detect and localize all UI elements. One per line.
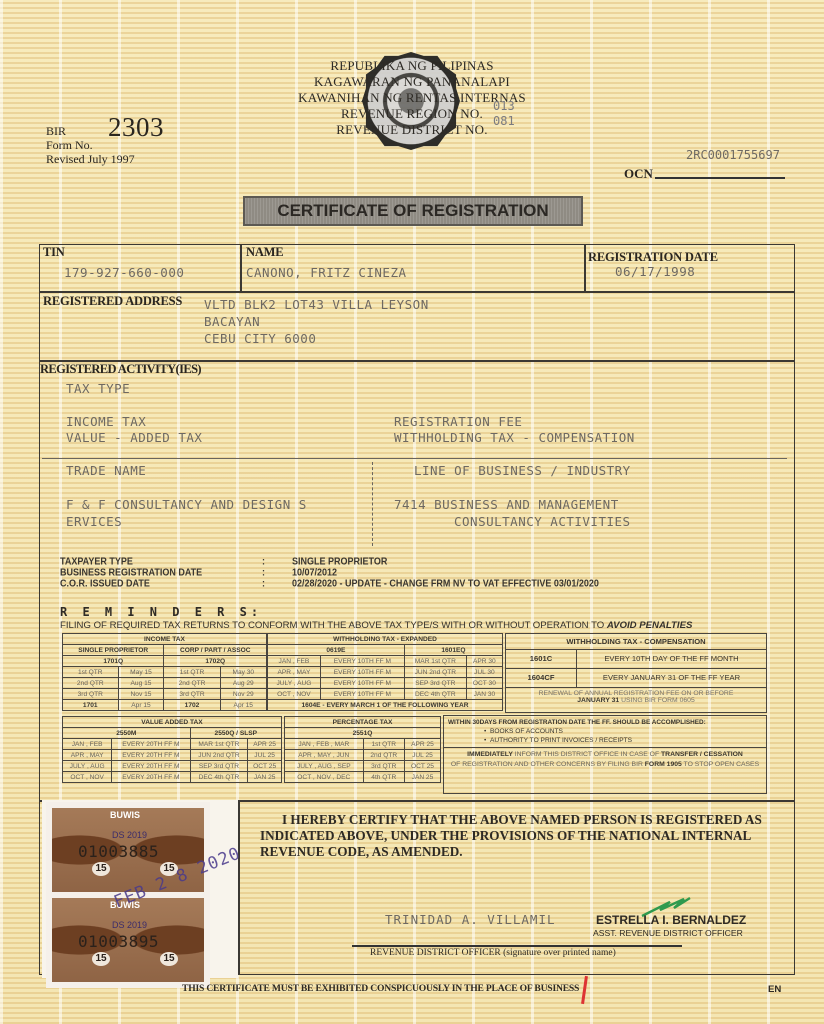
- tin-label: TIN: [43, 245, 65, 260]
- reminders-heading: R E M I N D E R S:: [60, 605, 262, 619]
- registration-date-label: REGISTRATION DATE: [588, 250, 718, 265]
- stamp-number: 01003885: [78, 842, 159, 861]
- divider: [238, 800, 240, 975]
- renewal-text: RENEWAL OF ANNUAL REGISTRATION FEE ON OR…: [506, 690, 766, 697]
- due-date: EVERY 10TH DAY OF THE FF MONTH: [577, 650, 766, 668]
- income-tax-table: INCOME TAX SINGLE PROPRIETORCORP / PART …: [62, 633, 267, 711]
- table-title: INCOME TAX: [63, 634, 267, 645]
- cor-issued-date-value: 02/28/2020 - UPDATE - CHANGE FRM NV TO V…: [292, 578, 599, 589]
- table-row: OCT , NOV , DEC4th QTRJAN 25: [285, 772, 441, 783]
- stamp-series: DS 2019: [112, 920, 147, 930]
- address-line: BACAYAN: [204, 314, 260, 329]
- activities-label: REGISTERED ACTIVITY(IES): [40, 362, 201, 377]
- line-of-business-line: 7414 BUSINESS AND MANAGEMENT: [394, 497, 619, 512]
- stamp-denomination: 15: [92, 952, 110, 966]
- withholding-expanded-table: WITHHOLDING TAX - EXPANDED 0619E1601EQ J…: [267, 633, 503, 711]
- stamp-label: BUWIS: [110, 810, 140, 820]
- renewal-deadline: JANUARY 31 USING BIR FORM 0605: [506, 697, 766, 704]
- vat-table: VALUE ADDED TAX 2550M2550Q / SLSP JAN , …: [62, 716, 282, 783]
- stamp-denomination: 15: [160, 952, 178, 966]
- table-group: SINGLE PROPRIETOR: [63, 645, 164, 656]
- form-code: 0619E: [268, 645, 405, 656]
- footer-notice: THIS CERTIFICATE MUST BE EXHIBITED CONSP…: [182, 983, 579, 994]
- note-bullet: • AUTHORITY TO PRINT INVOICES / RECEIPTS: [444, 737, 766, 744]
- table-footer: 1604E - EVERY MARCH 1 OF THE FOLLOWING Y…: [268, 700, 503, 711]
- ink-mark: [581, 976, 588, 1004]
- table-row: APR , MAYEVERY 20TH FF MJUN 2nd QTRJUL 2…: [63, 750, 282, 761]
- cor-issued-date-label: C.O.R. ISSUED DATE: [60, 578, 150, 589]
- table-row: 1701Apr 151702Apr 15: [63, 700, 267, 711]
- business-registration-date-label: BUSINESS REGISTRATION DATE: [60, 567, 202, 578]
- table-row: 3rd QTRNov 153rd QTRNov 29: [63, 689, 267, 700]
- line-of-business-label: LINE OF BUSINESS / INDUSTRY: [414, 463, 631, 478]
- name-label: NAME: [246, 245, 283, 260]
- region-number: 013: [493, 99, 515, 113]
- within-30-days-note: WITHIN 30DAYS FROM REGISTRATION DATE THE…: [444, 716, 766, 726]
- address-line: CEBU CITY 6000: [204, 331, 316, 346]
- footer-code: EN: [768, 984, 781, 995]
- form-code: 1601C: [506, 650, 577, 668]
- rdo-name: TRINIDAD A. VILLAMIL: [385, 912, 556, 927]
- certification-text: I HEREBY CERTIFY THAT THE ABOVE NAMED PE…: [260, 812, 780, 860]
- trade-name-line: F & F CONSULTANCY AND DESIGN S: [66, 497, 307, 512]
- due-date: EVERY JANUARY 31 OF THE FF YEAR: [577, 669, 766, 687]
- ocn-label: OCN: [624, 166, 653, 182]
- table-title: PERCENTAGE TAX: [285, 717, 441, 728]
- separator: :: [262, 578, 265, 589]
- signatory-name: ESTRELLA I. BERNALDEZ: [596, 913, 746, 927]
- avoid-penalties-text: AVOID PENALTIES: [607, 620, 692, 631]
- trade-name-line: ERVICES: [66, 514, 122, 529]
- tax-type-item: WITHHOLDING TAX - COMPENSATION: [394, 430, 635, 445]
- business-registration-date-value: 10/07/2012: [292, 567, 337, 578]
- stamp-number: 01003895: [78, 932, 159, 951]
- table-row: JAN , FEB , MAR1st QTRAPR 25: [285, 739, 441, 750]
- table-row: OCT , NOVEVERY 20TH FF MDEC 4th QTRJAN 2…: [63, 772, 282, 783]
- divider: [584, 244, 586, 292]
- tax-type-label: TAX TYPE: [66, 381, 130, 396]
- table-group: CORP / PART / ASSOC: [164, 645, 267, 656]
- header-line: REPUBLIKA NG PILIPINAS: [0, 58, 824, 74]
- header-line: KAGAWARAN NG PANANALAPI: [0, 74, 824, 90]
- note-bullet: • BOOKS OF ACCOUNTS: [444, 728, 766, 735]
- table-row: APR , MAY , JUN2nd QTRJUL 25: [285, 750, 441, 761]
- table-row: JULY , AUGEVERY 10TH FF MSEP 3rd QTROCT …: [268, 678, 503, 689]
- notes-box: WITHIN 30DAYS FROM REGISTRATION DATE THE…: [443, 715, 767, 794]
- table-row: 1604CF EVERY JANUARY 31 OF THE FF YEAR: [506, 669, 766, 688]
- table-row: JULY , AUG , SEP3rd QTROCT 25: [285, 761, 441, 772]
- table-row: APR , MAYEVERY 10TH FF MJUN 2nd QTRJUL 3…: [268, 667, 503, 678]
- filing-text: FILING OF REQUIRED TAX RETURNS TO CONFOR…: [60, 620, 607, 631]
- table-title: WITHHOLDING TAX - EXPANDED: [268, 634, 503, 645]
- divider: [42, 458, 787, 459]
- percentage-tax-table: PERCENTAGE TAX 2551Q JAN , FEB , MAR1st …: [284, 716, 441, 783]
- table-row: 1st QTRMay 151st QTRMay 30: [63, 667, 267, 678]
- ocn-value: 2RC0001755697: [686, 148, 780, 162]
- tin-value: 179-927-660-000: [64, 265, 184, 280]
- district-number: 081: [493, 114, 515, 128]
- table-row: JAN , FEBEVERY 10TH FF MMAR 1st QTRAPR 3…: [268, 656, 503, 667]
- form-code: 1702Q: [164, 656, 267, 667]
- form-number: 2303: [108, 120, 164, 134]
- stamp-series: DS 2019: [112, 830, 147, 840]
- table-row: JULY , AUGEVERY 20TH FF MSEP 3rd QTROCT …: [63, 761, 282, 772]
- stamp-denomination: 15: [92, 862, 110, 876]
- trade-name-label: TRADE NAME: [66, 463, 146, 478]
- registration-date-value: 06/17/1998: [615, 264, 695, 279]
- signature-caption: REVENUE DISTRICT OFFICER (signature over…: [370, 948, 616, 958]
- form-code: 2550M: [63, 728, 191, 739]
- tax-type-item: REGISTRATION FEE: [394, 414, 522, 429]
- taxpayer-type-value: SINGLE PROPRIETOR: [292, 556, 387, 567]
- name-value: CANONO, FRITZ CINEZA: [246, 265, 407, 280]
- signatory-title: ASST. REVENUE DISTRICT OFFICER: [593, 928, 743, 938]
- table-row: 2nd QTRAug 152nd QTRAug 29: [63, 678, 267, 689]
- form-code: 1604CF: [506, 669, 577, 687]
- document-title: CERTIFICATE OF REGISTRATION: [243, 196, 583, 226]
- taxpayer-type-label: TAXPAYER TYPE: [60, 556, 133, 567]
- tax-type-item: INCOME TAX: [66, 414, 146, 429]
- table-title: VALUE ADDED TAX: [63, 717, 282, 728]
- table-row: JAN , FEBEVERY 20TH FF MMAR 1st QTRAPR 2…: [63, 739, 282, 750]
- separator: :: [262, 556, 265, 567]
- tax-type-item: VALUE - ADDED TAX: [66, 430, 202, 445]
- ocn-underline: [655, 177, 785, 179]
- divider: [240, 244, 242, 292]
- form-number-block: BIR Form No. Revised July 1997 2303: [46, 124, 135, 166]
- divider: [372, 462, 373, 546]
- form-code: 1701Q: [63, 656, 164, 667]
- revised-label: Revised July 1997: [46, 152, 135, 166]
- filing-reminder: FILING OF REQUIRED TAX RETURNS TO CONFOR…: [60, 620, 692, 631]
- withholding-compensation-box: WITHHOLDING TAX - COMPENSATION 1601C EVE…: [505, 633, 767, 713]
- line-of-business-line: CONSULTANCY ACTIVITIES: [454, 514, 631, 529]
- address-line: VLTD BLK2 LOT43 VILLA LEYSON: [204, 297, 429, 312]
- form-code: 2550Q / SLSP: [190, 728, 281, 739]
- table-row: 1601C EVERY 10TH DAY OF THE FF MONTH: [506, 650, 766, 669]
- divider: [39, 291, 795, 293]
- separator: :: [262, 567, 265, 578]
- form-code: 2551Q: [285, 728, 441, 739]
- table-row: OCT , NOVEVERY 10TH FF MDEC 4th QTRJAN 3…: [268, 689, 503, 700]
- header-line: KAWANIHAN NG RENTAS INTERNAS: [0, 90, 824, 106]
- address-label: REGISTERED ADDRESS: [43, 294, 182, 309]
- signature-line: [352, 945, 682, 947]
- form-code: 1601EQ: [404, 645, 502, 656]
- table-title: WITHHOLDING TAX - COMPENSATION: [506, 634, 766, 650]
- immediately-note: IMMEDIATELY INFORM THIS DISTRICT OFFICE …: [444, 747, 766, 772]
